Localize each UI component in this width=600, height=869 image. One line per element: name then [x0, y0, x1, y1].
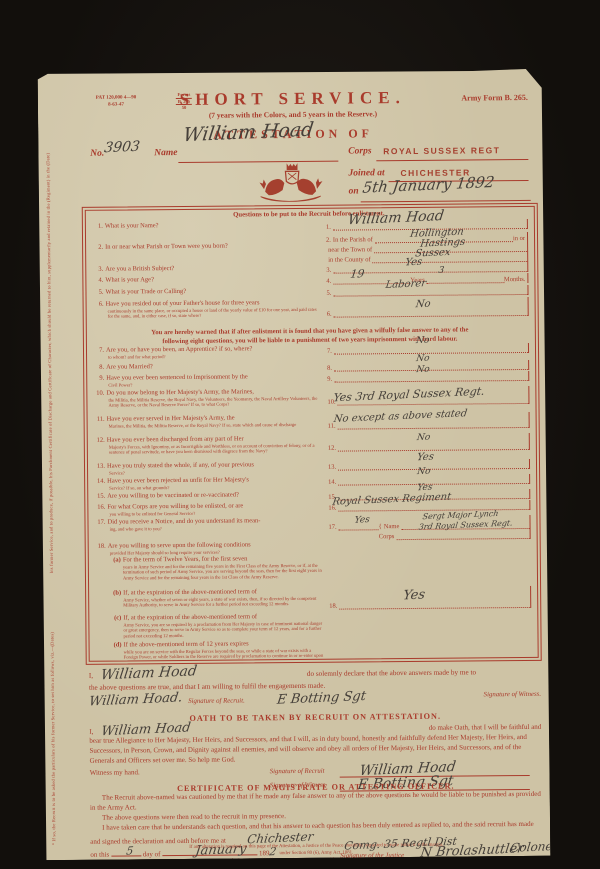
royal-crest-icon	[248, 163, 332, 204]
answer-cell: 2.In the Parish ofin or near the Town of…	[320, 232, 528, 264]
question-fine-print: continuously in the same place, or occup…	[91, 306, 321, 319]
question-text: Are you, or have you been, an Apprentice…	[106, 345, 252, 353]
answer-cell: 12. No	[322, 433, 530, 452]
question-text: Have you ever been rejected as unfit for…	[107, 477, 249, 485]
question-text: What is your Name?	[105, 222, 159, 229]
answer-handwritten: Yes	[405, 258, 423, 269]
condition-row-c: (c)If, at the expiration of the above-me…	[91, 611, 533, 642]
question-text: Have you ever served in Her Majesty's Ar…	[107, 415, 235, 423]
question-row-6: 6.Have you resided out of your Father's …	[89, 297, 531, 328]
declaration-recruit-signature: William Hoad.	[88, 692, 183, 709]
question-text: Are you a British Subject?	[105, 265, 174, 273]
condition-lead: If the above-mentioned term of 12 years …	[124, 641, 249, 649]
questions-box: Questions to be put to the Recruit befor…	[85, 206, 539, 662]
question-fine-print: Service? If so, on what grounds?	[92, 484, 322, 492]
answer-handwritten: No	[416, 434, 430, 444]
corps-label: Corps	[348, 146, 371, 156]
joined-date-handwritten: 5th January 1892	[362, 175, 496, 196]
question-text: What is your Age?	[105, 276, 154, 283]
question-text: Are you Married?	[106, 363, 153, 370]
question-text: Have you ever been discharged from any p…	[107, 436, 244, 444]
print-codes: PAT 120,000 4—90 8-63-47	[96, 94, 137, 108]
question-text: Did you receive a Notice, and do you und…	[107, 517, 260, 525]
photograph-background: his former Service, and to produce, if p…	[0, 0, 600, 869]
army-form-number: Army Form B. 265.	[461, 93, 528, 103]
question-fine-print: ing, and who gave it to you?	[93, 525, 323, 533]
question-fine-print: to whom? and for what period?	[91, 353, 321, 361]
question-text: Have you resided out of your Father's ho…	[106, 299, 260, 307]
question-row-12: 12.Have you ever been discharged from an…	[90, 433, 532, 463]
answer-handwritten: William Hoad	[347, 209, 445, 227]
answer-age-months-handwritten: 3	[438, 267, 445, 276]
question-text: Are you willing to serve upon the follow…	[108, 542, 251, 550]
question-text: Have you ever been sentenced to Imprison…	[106, 374, 248, 382]
no-label: No.	[90, 149, 104, 159]
footnote-1: If any alteration is required on this pa…	[90, 841, 542, 867]
declaration-witness-signature: E Botting Sgt	[276, 690, 367, 707]
condition-fine-print: years in Army Service and for the remain…	[93, 563, 323, 582]
answer-cell: 18. Yes	[323, 586, 531, 610]
margin-note-top: his former Service, and to produce, if p…	[45, 153, 54, 573]
question-text: For what Corps are you willing to be enl…	[107, 503, 243, 511]
answer-cell: 9. No	[321, 371, 529, 383]
answer-cell: 16. Royal Sussex Regiment	[322, 500, 530, 512]
regimental-number-handwritten: 3903	[103, 140, 140, 156]
corps-rule	[376, 159, 528, 161]
question-fine-print: Civil Power?	[91, 381, 321, 389]
answer-handwritten: No	[415, 300, 431, 311]
answer-cell: 10. Yes 3rd Royal Sussex Regt.	[321, 386, 529, 406]
oath-name-handwritten: William Hoad	[100, 721, 191, 738]
condition-fine-print: Army Service, whether of seven or eight …	[93, 596, 323, 609]
declaration-section: I, William Hoad do solemnly declare that…	[89, 663, 541, 710]
answer-handwritten: No	[416, 366, 430, 376]
corps-stamp: ROYAL SUSSEX REGT	[383, 145, 500, 156]
condition-lead: For the term of Twelve Years, for the fi…	[123, 556, 248, 564]
question-fine-print: Majesty's Forces, with Ignominy, or as I…	[92, 443, 322, 456]
answer-handwritten: Laborer	[385, 279, 427, 291]
condition-row-a: (a)For the term of Twelve Years, for the…	[91, 553, 533, 590]
answer-handwritten: Yes	[416, 453, 434, 464]
condition-lead: If, at the expiration of the above-menti…	[123, 613, 257, 621]
condition-fine-print: Army Service, you are so required by a p…	[93, 621, 323, 640]
joined-on-label: on	[349, 186, 359, 196]
declaration-name-handwritten: William Hoad	[100, 664, 198, 682]
question-row-17: 17.Did you receive a Notice, and do you …	[90, 515, 532, 543]
question-fine-print: you willing to be enlisted for General S…	[92, 510, 322, 518]
date-rule	[361, 200, 531, 202]
question-fine-print: Marines, the Militia, the Militia Reserv…	[92, 422, 322, 430]
answer-handwritten: No	[415, 337, 429, 347]
answer-18-handwritten: Yes	[402, 589, 426, 603]
answer-cell: 11. No except as above stated	[322, 412, 530, 430]
question-text: What is your Trade or Calling?	[105, 288, 186, 296]
question-text: In or near what Parish or Town were you …	[105, 243, 228, 251]
question-fine-print: Service?	[92, 469, 322, 477]
question-text: Are you willing to be vaccinated or re-v…	[107, 492, 239, 500]
condition-lead: If, at the expiration of the above-menti…	[123, 588, 257, 596]
answer-handwritten: No	[415, 355, 429, 365]
answer-cell: 6. No	[321, 297, 529, 318]
question-fine-print: the Militia, the Militia Reserve, the Ro…	[91, 396, 321, 409]
answer-cell: 17.{Name 17.Corps Yes Sergt Major Lynch …	[322, 515, 530, 541]
page-title: SHORT SERVICE.	[148, 88, 438, 111]
answer-yes-handwritten: Yes	[354, 516, 370, 526]
margin-note-bottom: * If so, the Recruit is to be asked the …	[49, 632, 56, 845]
condition-row-d: (d)If the above-mentioned term of 12 yea…	[92, 638, 534, 662]
condition-fine-print: while you are on service with the Regula…	[94, 648, 324, 662]
name-label: Name	[154, 148, 177, 158]
question-text: Do you now belong to Her Majesty's Army,…	[106, 388, 254, 396]
question-text: Have you truly stated the whole, if any,…	[107, 461, 254, 469]
answer-handwritten: No	[416, 468, 430, 478]
answer-cell: 5. Laborer	[320, 285, 528, 297]
answer-age-years-handwritten: 19	[350, 268, 365, 280]
attestation-form-paper: his former Service, and to produce, if p…	[38, 69, 551, 860]
question-row-2: 2.In or near what Parish or Town were yo…	[88, 232, 530, 266]
condition-row-b: (b)If, at the expiration of the above-me…	[91, 586, 533, 615]
